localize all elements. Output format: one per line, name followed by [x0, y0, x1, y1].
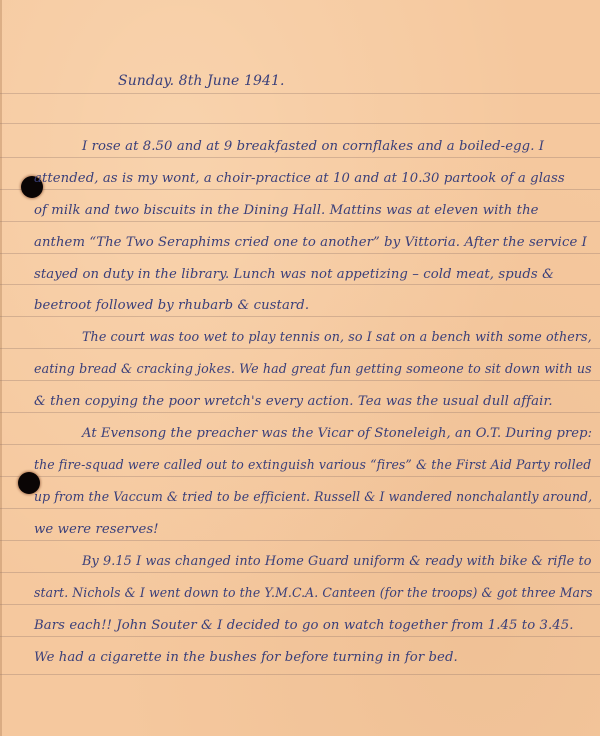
ruled-line	[0, 253, 600, 254]
diary-line: eating bread & cracking jokes. We had gr…	[34, 363, 592, 376]
ruled-line	[0, 380, 600, 381]
diary-line: Bars each!! John Souter & I decided to g…	[34, 619, 574, 632]
diary-line: start. Nichols & I went down to the Y.M.…	[34, 587, 593, 600]
diary-line: we were reserves!	[34, 523, 159, 536]
diary-line: beetroot followed by rhubarb & custard.	[34, 299, 309, 312]
diary-line: The court was too wet to play tennis on,…	[82, 331, 592, 344]
ruled-line	[0, 221, 600, 222]
ruled-line	[0, 508, 600, 509]
diary-line: & then copying the poor wretch's every a…	[34, 395, 553, 408]
ruled-line	[0, 476, 600, 477]
ruled-line	[0, 444, 600, 445]
diary-line: attended, as is my wont, a choir-practic…	[34, 172, 565, 185]
ruled-line	[0, 316, 600, 317]
ruled-line	[0, 604, 600, 605]
diary-line: We had a cigarette in the bushes for bef…	[34, 651, 458, 664]
diary-line: up from the Vaccum & tried to be efficie…	[34, 491, 592, 504]
diary-line: the fire-squad were called out to exting…	[34, 459, 591, 472]
diary-line: of milk and two biscuits in the Dining H…	[34, 204, 539, 217]
diary-page: Sunday. 8th June 1941. I rose at 8.50 an…	[0, 0, 600, 736]
ruled-line	[0, 284, 600, 285]
ruled-line	[0, 636, 600, 637]
ruled-line	[0, 157, 600, 158]
diary-line: stayed on duty in the library. Lunch was…	[34, 268, 554, 281]
ruled-line	[0, 412, 600, 413]
ruled-line	[0, 93, 600, 94]
diary-line: By 9.15 I was changed into Home Guard un…	[82, 555, 592, 568]
diary-line: anthem “The Two Seraphims cried one to a…	[34, 236, 587, 249]
ruled-line	[0, 189, 600, 190]
ruled-line	[0, 123, 600, 124]
ruled-line	[0, 540, 600, 541]
diary-line: I rose at 8.50 and at 9 breakfasted on c…	[82, 140, 544, 153]
diary-line: At Evensong the preacher was the Vicar o…	[82, 427, 592, 440]
diary-date-heading: Sunday. 8th June 1941.	[118, 74, 285, 88]
ruled-line	[0, 572, 600, 573]
ruled-line	[0, 348, 600, 349]
ruled-line	[0, 674, 600, 675]
